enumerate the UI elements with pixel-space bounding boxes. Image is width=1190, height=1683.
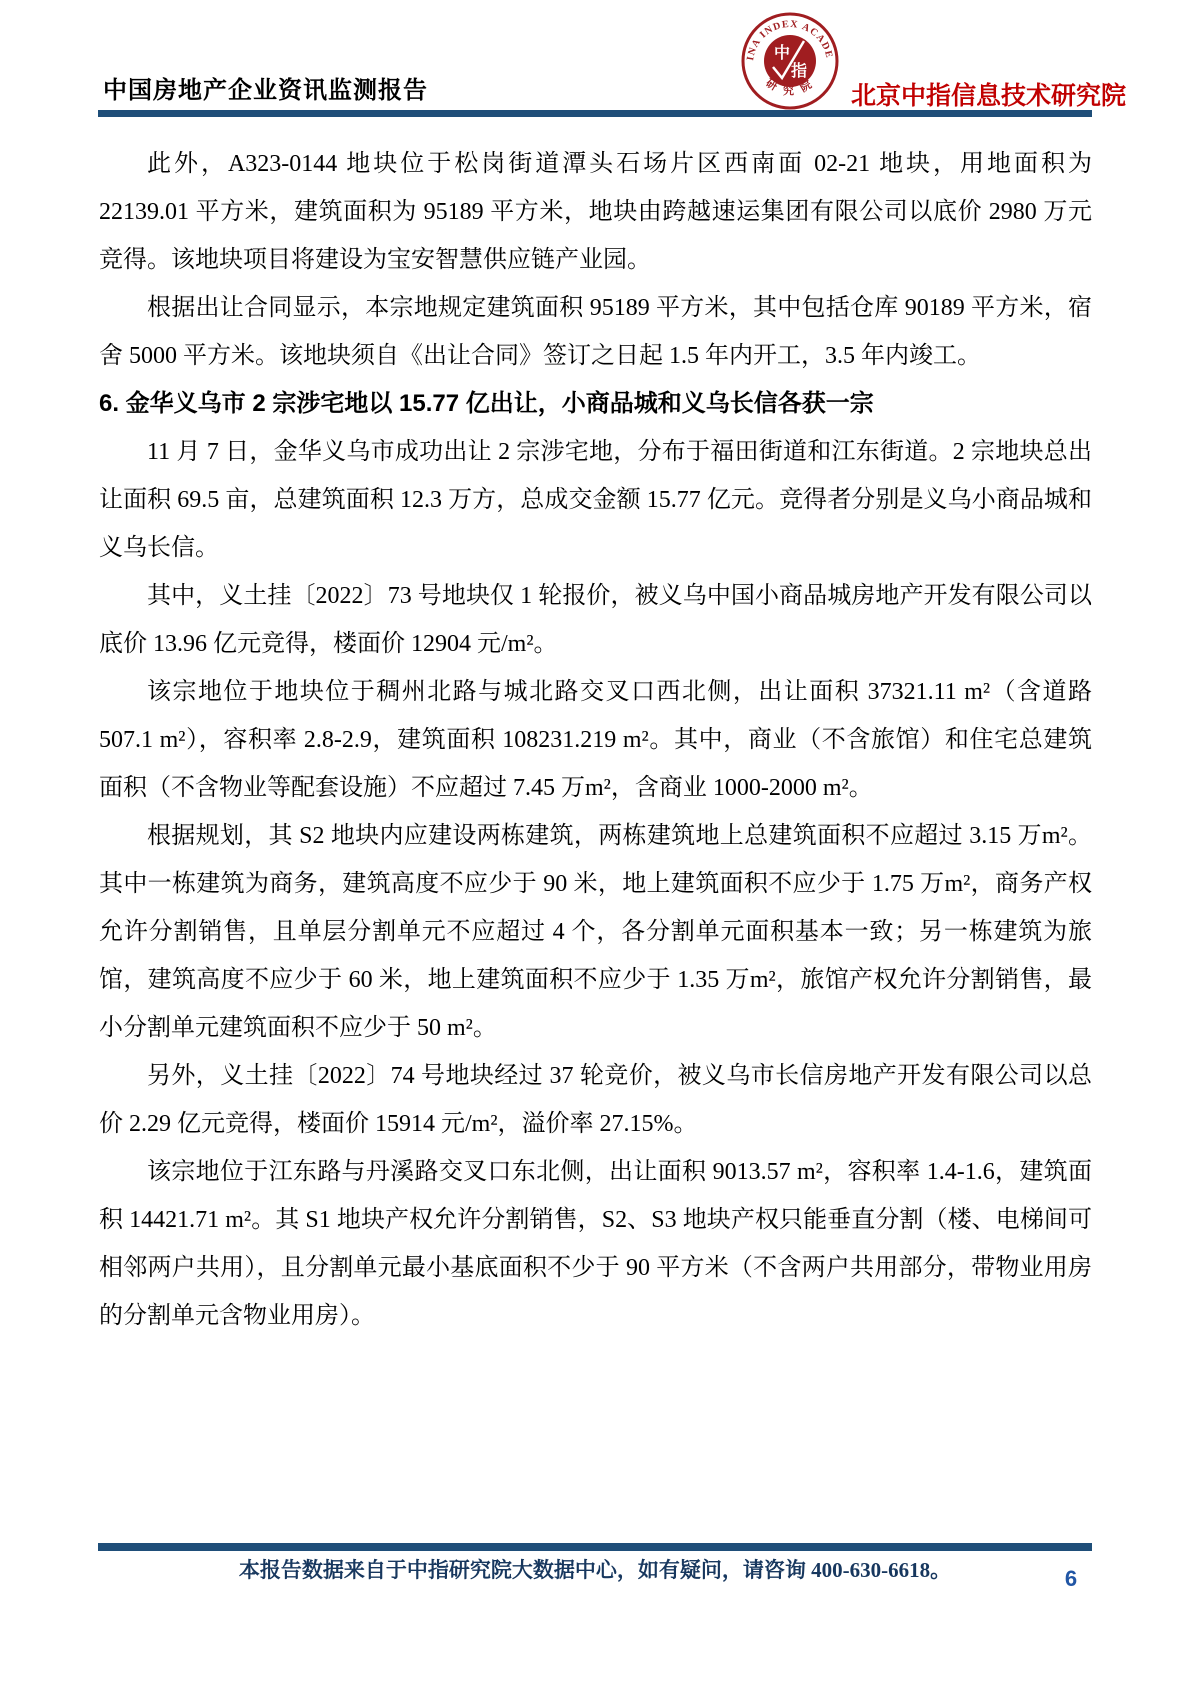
page-number: 6 — [1056, 1566, 1086, 1592]
paragraph: 11 月 7 日，金华义乌市成功出让 2 宗涉宅地，分布于福田街道和江东街道。2… — [99, 428, 1092, 572]
institute-name: 北京中指信息技术研究院 — [851, 76, 1126, 112]
footer-note: 本报告数据来自于中指研究院大数据中心，如有疑问，请咨询 400-630-6618… — [98, 1554, 1092, 1584]
report-page: 中国房地产企业资讯监测报告 CHINA INDEX ACADEMY 研 究 院 … — [0, 0, 1190, 1683]
paragraph: 该宗地位于江东路与丹溪路交叉口东北侧，出让面积 9013.57 m²，容积率 1… — [99, 1148, 1092, 1340]
logo-char-zhi: 指 — [790, 62, 807, 80]
report-title: 中国房地产企业资讯监测报告 — [103, 70, 428, 105]
header-divider — [98, 110, 1092, 117]
china-index-academy-logo-icon: CHINA INDEX ACADEMY 研 究 院 中 指 — [740, 11, 840, 111]
paragraph: 另外，义土挂〔2022〕74 号地块经过 37 轮竞价，被义乌市长信房地产开发有… — [99, 1052, 1092, 1148]
paragraph: 根据出让合同显示，本宗地规定建筑面积 95189 平方米，其中包括仓库 9018… — [99, 284, 1092, 380]
paragraph: 该宗地位于地块位于稠州北路与城北路交叉口西北侧，出让面积 37321.11 m²… — [99, 668, 1092, 812]
footer-divider — [98, 1543, 1092, 1551]
paragraph: 其中，义土挂〔2022〕73 号地块仅 1 轮报价，被义乌中国小商品城房地产开发… — [99, 572, 1092, 668]
logo-char-zhong: 中 — [774, 44, 790, 62]
paragraph: 根据规划，其 S2 地块内应建设两栋建筑，两栋建筑地上总建筑面积不应超过 3.1… — [99, 812, 1092, 1052]
paragraph: 此外，A323-0144 地块位于松岗街道潭头石场片区西南面 02-21 地块，… — [99, 140, 1092, 284]
document-body: 此外，A323-0144 地块位于松岗街道潭头石场片区西南面 02-21 地块，… — [99, 140, 1092, 1340]
section-heading: 6. 金华义乌市 2 宗涉宅地以 15.77 亿出让，小商品城和义乌长信各获一宗 — [99, 380, 1092, 428]
